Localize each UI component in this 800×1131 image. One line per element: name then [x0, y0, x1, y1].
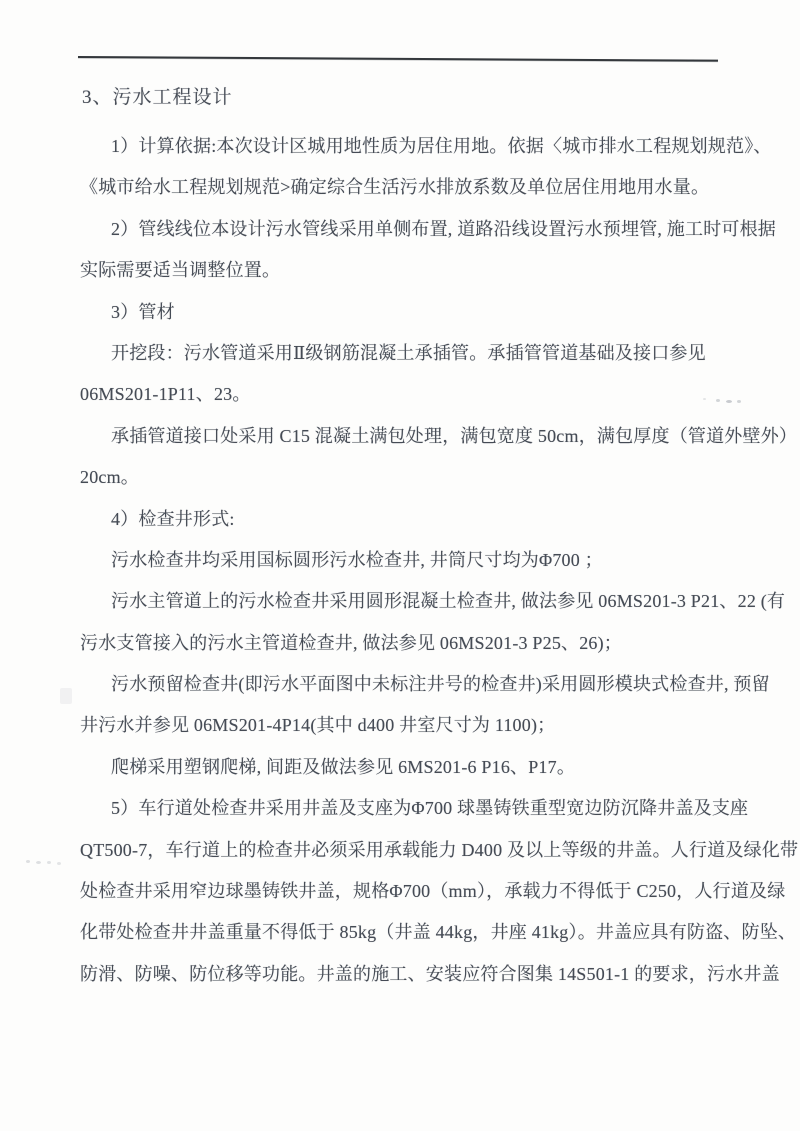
- text-line: 实际需要适当调整位置。: [80, 250, 760, 291]
- scan-artifact-dot: [47, 861, 51, 864]
- text-line: 20cm。: [80, 457, 760, 498]
- page-top-rule: [78, 56, 718, 62]
- text-line: 污水主管道上的污水检查井采用圆形混凝土检查井, 做法参见 06MS201-3 P…: [80, 581, 760, 622]
- text-line: 防滑、防噪、防位移等功能。井盖的施工、安装应符合图集 14S501-1 的要求，…: [80, 954, 760, 995]
- scan-artifact-dot: [26, 860, 30, 863]
- text-line: 06MS201-1P11、23。: [80, 374, 760, 415]
- text-line: 污水支管接入的污水主管道检查井, 做法参见 06MS201-3 P25、26)；: [80, 623, 760, 664]
- text-line: QT500-7，车行道上的检查井必须采用承载能力 D400 及以上等级的井盖。人…: [80, 830, 760, 871]
- section-heading: 3、污水工程设计: [82, 82, 233, 109]
- scan-artifact-dot: [737, 400, 741, 403]
- scanned-document-page: 3、污水工程设计 1）计算依据:本次设计区城用地性质为居住用地。依据〈城市排水工…: [0, 0, 800, 1131]
- scan-artifact-smudge: [60, 688, 72, 704]
- scan-artifact-dot: [726, 400, 732, 403]
- text-line: 化带处检查井井盖重量不得低于 85kg（井盖 44kg，井座 41kg）。井盖应…: [80, 912, 760, 953]
- text-line: 井污水并参见 06MS201-4P14(其中 d400 井室尺寸为 1100)；: [80, 705, 760, 746]
- text-line: 处检查井采用窄边球墨铸铁井盖，规格Φ700（mm），承载力不得低于 C250，人…: [80, 871, 760, 912]
- text-line: 污水检查井均采用国标圆形污水检查井, 井筒尺寸均为Φ700 ；: [80, 540, 760, 581]
- text-line: 4）检查井形式:: [80, 499, 760, 540]
- text-line: 1）计算依据:本次设计区城用地性质为居住用地。依据〈城市排水工程规划规范》、: [80, 126, 760, 167]
- text-line: 2）管线线位本设计污水管线采用单侧布置, 道路沿线设置污水预埋管, 施工时可根据: [80, 209, 760, 250]
- text-line: 《城市给水工程规划规范>确定综合生活污水排放系数及单位居住用地用水量。: [80, 167, 760, 208]
- text-line: 污水预留检查井(即污水平面图中未标注井号的检查井)采用圆形模块式检查井, 预留: [80, 664, 760, 705]
- text-line: 5）车行道处检查井采用井盖及支座为Φ700 球墨铸铁重型宽边防沉降井盖及支座: [80, 788, 760, 829]
- document-body: 1）计算依据:本次设计区城用地性质为居住用地。依据〈城市排水工程规划规范》、《城…: [80, 126, 760, 995]
- scan-artifact-dot: [716, 399, 720, 402]
- text-line: 承插管道接口处采用 C15 混凝土满包处理，满包宽度 50cm，满包厚度（管道外…: [80, 416, 760, 457]
- scan-artifact-dot: [36, 861, 41, 864]
- scan-artifact-dot: [703, 398, 706, 400]
- scan-artifact-dot: [57, 862, 61, 865]
- text-line: 3）管材: [80, 292, 760, 333]
- text-line: 爬梯采用塑钢爬梯, 间距及做法参见 6MS201-6 P16、P17。: [80, 747, 760, 788]
- text-line: 开挖段：污水管道采用Ⅱ级钢筋混凝土承插管。承插管管道基础及接口参见: [80, 333, 760, 374]
